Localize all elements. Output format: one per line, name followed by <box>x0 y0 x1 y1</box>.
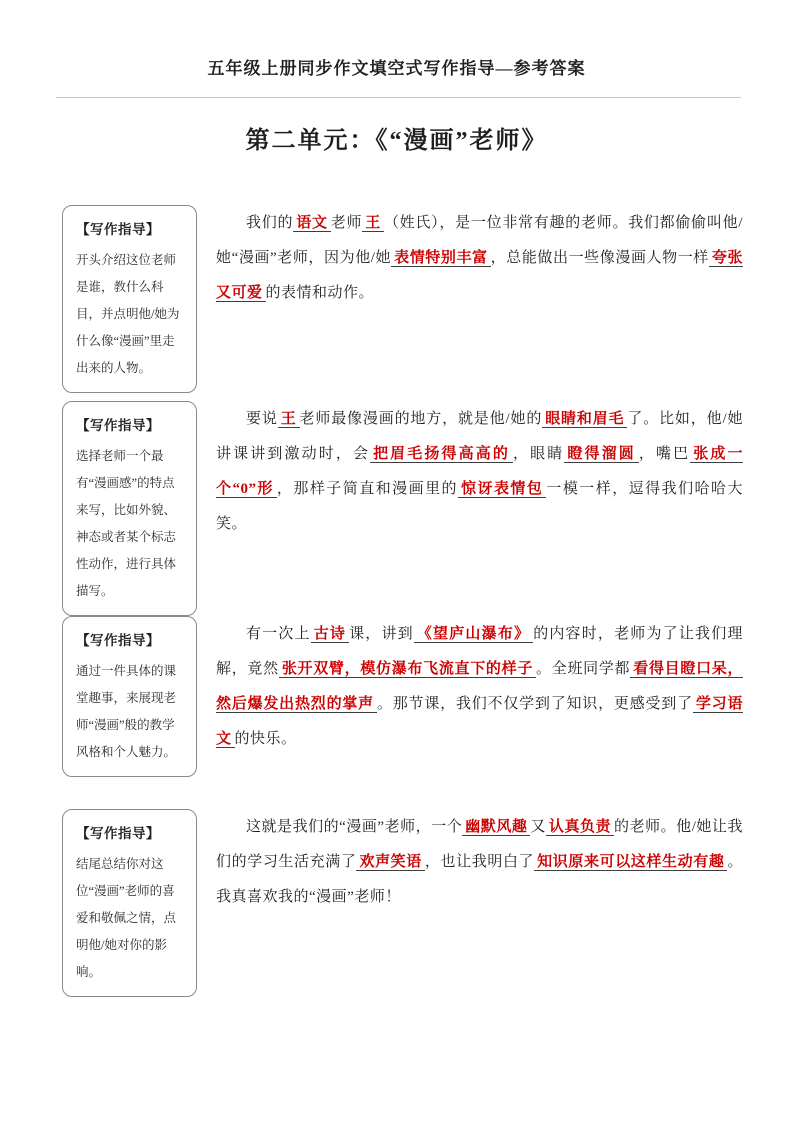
essay-paragraph-3: 有一次上古诗课，讲到《望庐山瀑布》的内容时，老师为了让我们理解，竟然张开双臂，模… <box>216 616 743 757</box>
paragraph-text: ，嘴巴 <box>639 446 690 462</box>
guide-box-text: 开头介绍这位老师是谁，教什么科目，并点明他/她为什么像“漫画”里走出来的人物。 <box>76 247 186 382</box>
blank-answer-text: 幽默风趣 <box>462 819 530 836</box>
blank-answer-text: 《望庐山瀑布》 <box>414 626 533 643</box>
header-divider <box>56 97 741 98</box>
blank-answer-text: 瞪得溜圆 <box>564 446 638 463</box>
essay-paragraph-4: 这就是我们的“漫画”老师，一个幽默风趣又认真负责的老师。他/她让我们的学习生活充… <box>216 809 743 915</box>
paragraph-text: ，眼睛 <box>513 446 564 462</box>
blank-answer-text: 古诗 <box>311 626 349 643</box>
paragraph-text: 的快乐。 <box>235 731 297 747</box>
blank-answer-text: 张开双臂，模仿瀑布飞流直下的样子 <box>279 661 536 678</box>
paragraph-text: 。那节课，我们不仅学到了知识，更感受到了 <box>377 696 693 712</box>
section-anecdote: 【写作指导】 通过一件具体的课堂趣事，来展现老师“漫画”般的教学风格和个人魅力。… <box>62 616 743 809</box>
paragraph-text: 又 <box>530 819 546 835</box>
blank-answer-text: 表情特别丰富 <box>391 250 491 267</box>
content-area: 【写作指导】 开头介绍这位老师是谁，教什么科目，并点明他/她为什么像“漫画”里走… <box>62 205 743 999</box>
blank-answer-text: 欢声笑语 <box>356 854 424 871</box>
guide-box-text: 结尾总结你对这位“漫画”老师的喜爱和敬佩之情，点明他/她对你的影响。 <box>76 851 186 986</box>
guide-box-text: 选择老师一个最有“漫画感”的特点来写，比如外貌、神态或者某个标志性动作，进行具体… <box>76 443 186 605</box>
writing-guide-box-3: 【写作指导】 通过一件具体的课堂趣事，来展现老师“漫画”般的教学风格和个人魅力。 <box>62 616 197 777</box>
paragraph-text: ，也让我明白了 <box>425 854 534 870</box>
guide-box-title: 【写作指导】 <box>76 219 186 241</box>
blank-answer-text: 把眉毛扬得高高的 <box>370 446 513 463</box>
document-header: 五年级上册同步作文填空式写作指导—参考答案 <box>0 54 793 79</box>
paragraph-text: ，那样子简直和漫画里的 <box>277 481 458 497</box>
section-feature: 【写作指导】 选择老师一个最有“漫画感”的特点来写，比如外貌、神态或者某个标志性… <box>62 401 743 616</box>
writing-guide-box-1: 【写作指导】 开头介绍这位老师是谁，教什么科目，并点明他/她为什么像“漫画”里走… <box>62 205 197 393</box>
paragraph-text: 有一次上 <box>246 626 311 642</box>
paragraph-text: 要说 <box>246 411 278 427</box>
blank-answer-text: 王 <box>278 411 300 428</box>
section-intro: 【写作指导】 开头介绍这位老师是谁，教什么科目，并点明他/她为什么像“漫画”里走… <box>62 205 743 401</box>
blank-answer-text: 认真负责 <box>546 819 614 836</box>
essay-paragraph-2: 要说王老师最像漫画的地方，就是他/她的眼睛和眉毛了。比如，他/她讲课讲到激动时，… <box>216 401 743 542</box>
writing-guide-box-2: 【写作指导】 选择老师一个最有“漫画感”的特点来写，比如外貌、神态或者某个标志性… <box>62 401 197 616</box>
paragraph-text: 。全班同学都 <box>536 661 630 677</box>
section-conclusion: 【写作指导】 结尾总结你对这位“漫画”老师的喜爱和敬佩之情，点明他/她对你的影响… <box>62 809 743 999</box>
paragraph-text: 老师最像漫画的地方，就是他/她的 <box>300 411 543 427</box>
blank-answer-text: 王 <box>362 215 384 232</box>
paragraph-text: 课，讲到 <box>349 626 414 642</box>
paragraph-text: ，总能做出一些像漫画人物一样 <box>491 250 709 266</box>
paragraph-text: 这就是我们的“漫画”老师，一个 <box>246 819 462 835</box>
blank-answer-text: 惊讶表情包 <box>458 481 546 498</box>
writing-guide-box-4: 【写作指导】 结尾总结你对这位“漫画”老师的喜爱和敬佩之情，点明他/她对你的影响… <box>62 809 197 997</box>
paragraph-text: 我们的 <box>246 215 293 231</box>
paragraph-text: 老师 <box>331 215 362 231</box>
guide-box-text: 通过一件具体的课堂趣事，来展现老师“漫画”般的教学风格和个人魅力。 <box>76 658 186 766</box>
blank-answer-text: 眼睛和眉毛 <box>542 411 627 428</box>
blank-answer-text: 语文 <box>293 215 330 232</box>
guide-box-title: 【写作指导】 <box>76 415 186 437</box>
guide-box-title: 【写作指导】 <box>76 823 186 845</box>
blank-answer-text: 知识原来可以这样生动有趣 <box>534 854 727 871</box>
paragraph-text: 的表情和动作。 <box>266 285 375 301</box>
essay-paragraph-1: 我们的语文老师王（姓氏），是一位非常有趣的老师。我们都偷偷叫他/她“漫画”老师，… <box>216 205 743 311</box>
page-title: 第二单元：《“漫画”老师》 <box>0 120 793 155</box>
guide-box-title: 【写作指导】 <box>76 630 186 652</box>
